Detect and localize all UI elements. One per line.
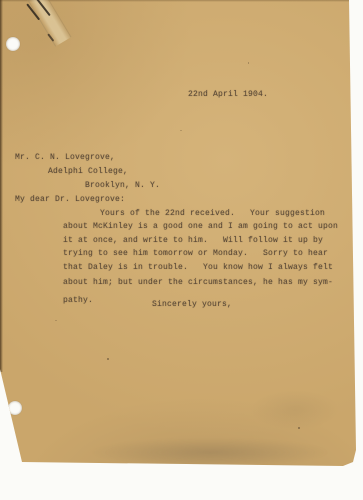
- body-line: about McKinley is a good one and I am go…: [63, 222, 338, 232]
- body-line: pathy.: [63, 296, 93, 306]
- recipient-name-line: Mr. C. N. Lovegrove,: [15, 153, 115, 163]
- paper-speck: [107, 358, 109, 360]
- letter-paper: 22nd April 1904. Mr. C. N. Lovegrove, Ad…: [0, 0, 363, 500]
- paper-speck: [248, 62, 249, 64]
- paper-speck: [298, 427, 300, 429]
- paper-left-edge-shadow: [0, 0, 3, 372]
- body-line: about him; but under the circumstances, …: [63, 278, 333, 288]
- punch-hole-top: [6, 37, 20, 51]
- staple-mark-impression: [25, 0, 71, 47]
- bottom-edge-smudge: [90, 438, 330, 464]
- body-line: trying to see him tomorrow or Monday. So…: [63, 249, 328, 259]
- paper-top-edge-shadow: [0, 0, 350, 2]
- paper-speck: [180, 130, 182, 131]
- paper-speck: [320, 210, 322, 212]
- punch-hole-bottom: [8, 401, 22, 415]
- recipient-city-line: Brooklyn, N. Y.: [85, 181, 160, 191]
- body-line: Yours of the 22nd received. Your suggest…: [100, 209, 325, 219]
- recipient-institution-line: Adelphi College,: [48, 167, 128, 177]
- salutation-line: My dear Dr. Lovegrove:: [15, 195, 125, 205]
- letter-date: 22nd April 1904.: [188, 90, 268, 100]
- paper-speck: [55, 320, 57, 321]
- closing-line: Sincerely yours,: [152, 300, 232, 310]
- faint-stain: [250, 390, 340, 430]
- body-line: that Daley is in trouble. You know how I…: [63, 263, 333, 273]
- scanned-letter-page: 22nd April 1904. Mr. C. N. Lovegrove, Ad…: [0, 0, 363, 500]
- body-line: it at once, and write to him. Will follo…: [63, 236, 323, 246]
